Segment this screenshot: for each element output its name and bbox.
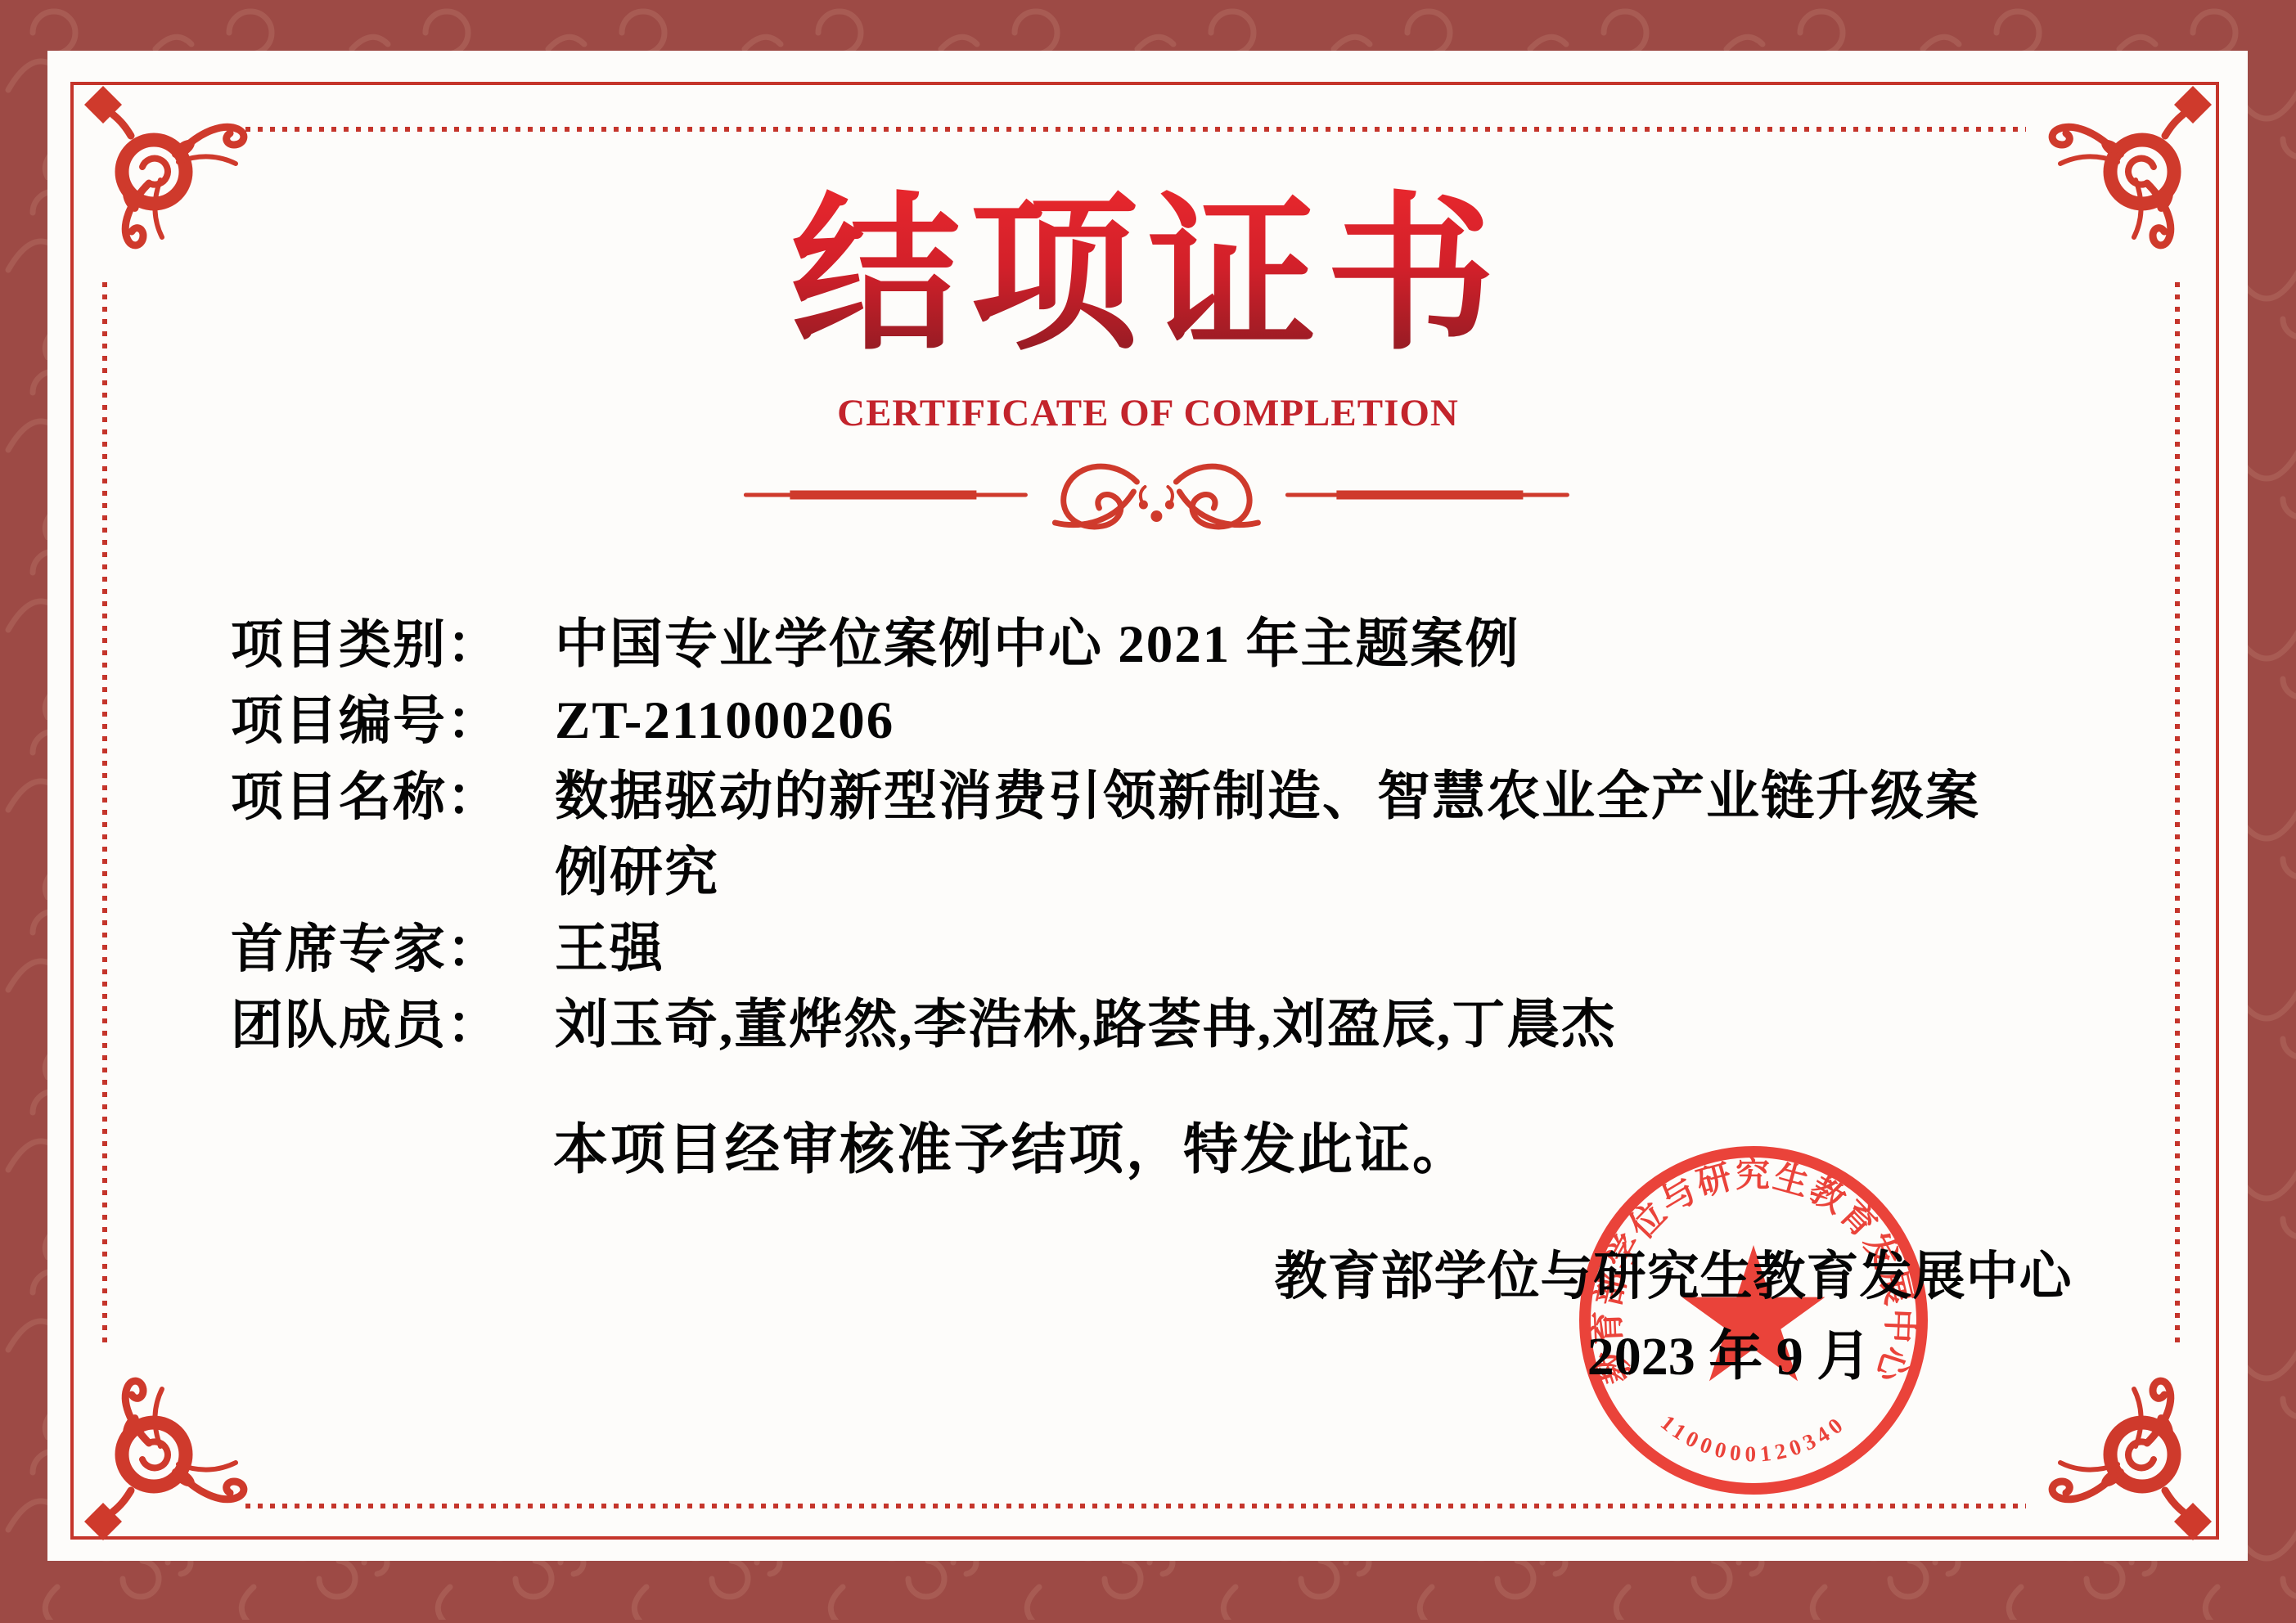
field-value: 中国专业学位案例中心 2021 年主题案例 [555,607,1520,683]
issue-date: 2023 年 9 月 [1375,1317,2082,1397]
field-list: 项目类别： 中国专业学位案例中心 2021 年主题案例 项目编号： ZT-211… [231,607,2096,1063]
dotted-border-left [102,282,107,1346]
svg-text:1100000120340: 1100000120340 [1656,1410,1851,1467]
field-label: 团队成员： [231,987,555,1063]
corner-flourish-icon [79,1374,250,1546]
field-row-number: 项目编号： ZT-211000206 [231,683,2096,759]
dotted-border-bottom [245,1504,2026,1508]
field-row-team-members: 团队成员： 刘玉奇,董烨然,李浩林,路荟冉,刘盈辰,丁晨杰 [231,987,2096,1063]
field-value: 王强 [555,911,664,987]
approval-statement: 本项目经审核准予结项，特发此证。 [553,1106,1470,1185]
certificate-subtitle: CERTIFICATE OF COMPLETION [0,391,2296,435]
certificate-title: 结项证书 [0,188,2296,365]
field-row-chief-expert: 首席专家： 王强 [231,911,2096,987]
field-label: 项目名称： [231,759,555,835]
corner-flourish-icon [2046,1374,2217,1546]
field-label: 项目类别： [231,607,555,683]
field-row-title: 项目名称： 数据驱动的新型消费引领新制造、智慧农业全产业链升级案例研究 [231,759,2096,911]
divider-flourish-icon [731,446,1582,544]
seal-serial-number: 1100000120340 [1656,1410,1851,1467]
field-label: 首席专家： [231,911,555,987]
field-value: ZT-211000206 [555,683,894,759]
dotted-border-top [245,127,2026,132]
field-value: 刘玉奇,董烨然,李浩林,路荟冉,刘盈辰,丁晨杰 [555,987,1616,1063]
certificate-page: 结项证书 CERTIFICATE OF COMPLETION [0,0,2296,1623]
dotted-border-right [2175,282,2180,1346]
field-value: 数据驱动的新型消费引领新制造、智慧农业全产业链升级案例研究 [555,759,2028,911]
field-label: 项目编号： [231,683,555,759]
field-row-category: 项目类别： 中国专业学位案例中心 2021 年主题案例 [231,607,2096,683]
issuer-name: 教育部学位与研究生教育发展中心 [1264,1237,2082,1317]
signature-block: 教育部学位与研究生教育发展中心 2023 年 9 月 [1264,1237,2082,1397]
